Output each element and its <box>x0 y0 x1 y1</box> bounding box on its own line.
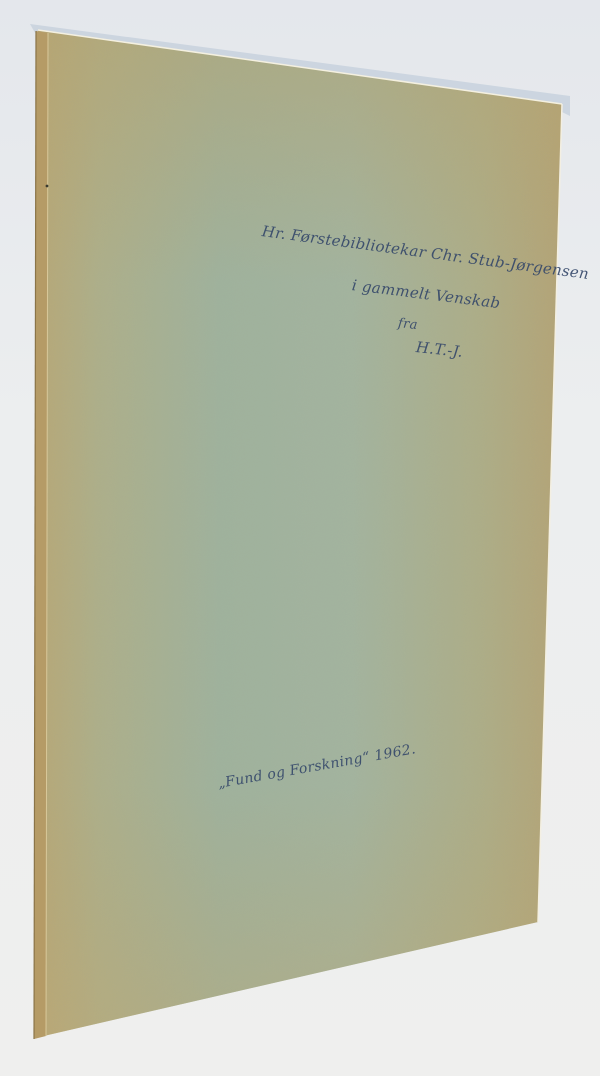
cover-paper-grain <box>35 30 562 1038</box>
photo-scene: Hr. Førstebibliotekar Chr. Stub-Jørgense… <box>0 0 600 1076</box>
inscription-line-from: fra <box>397 316 418 333</box>
staple-mark <box>46 185 49 188</box>
booklet-cover <box>0 0 600 1076</box>
